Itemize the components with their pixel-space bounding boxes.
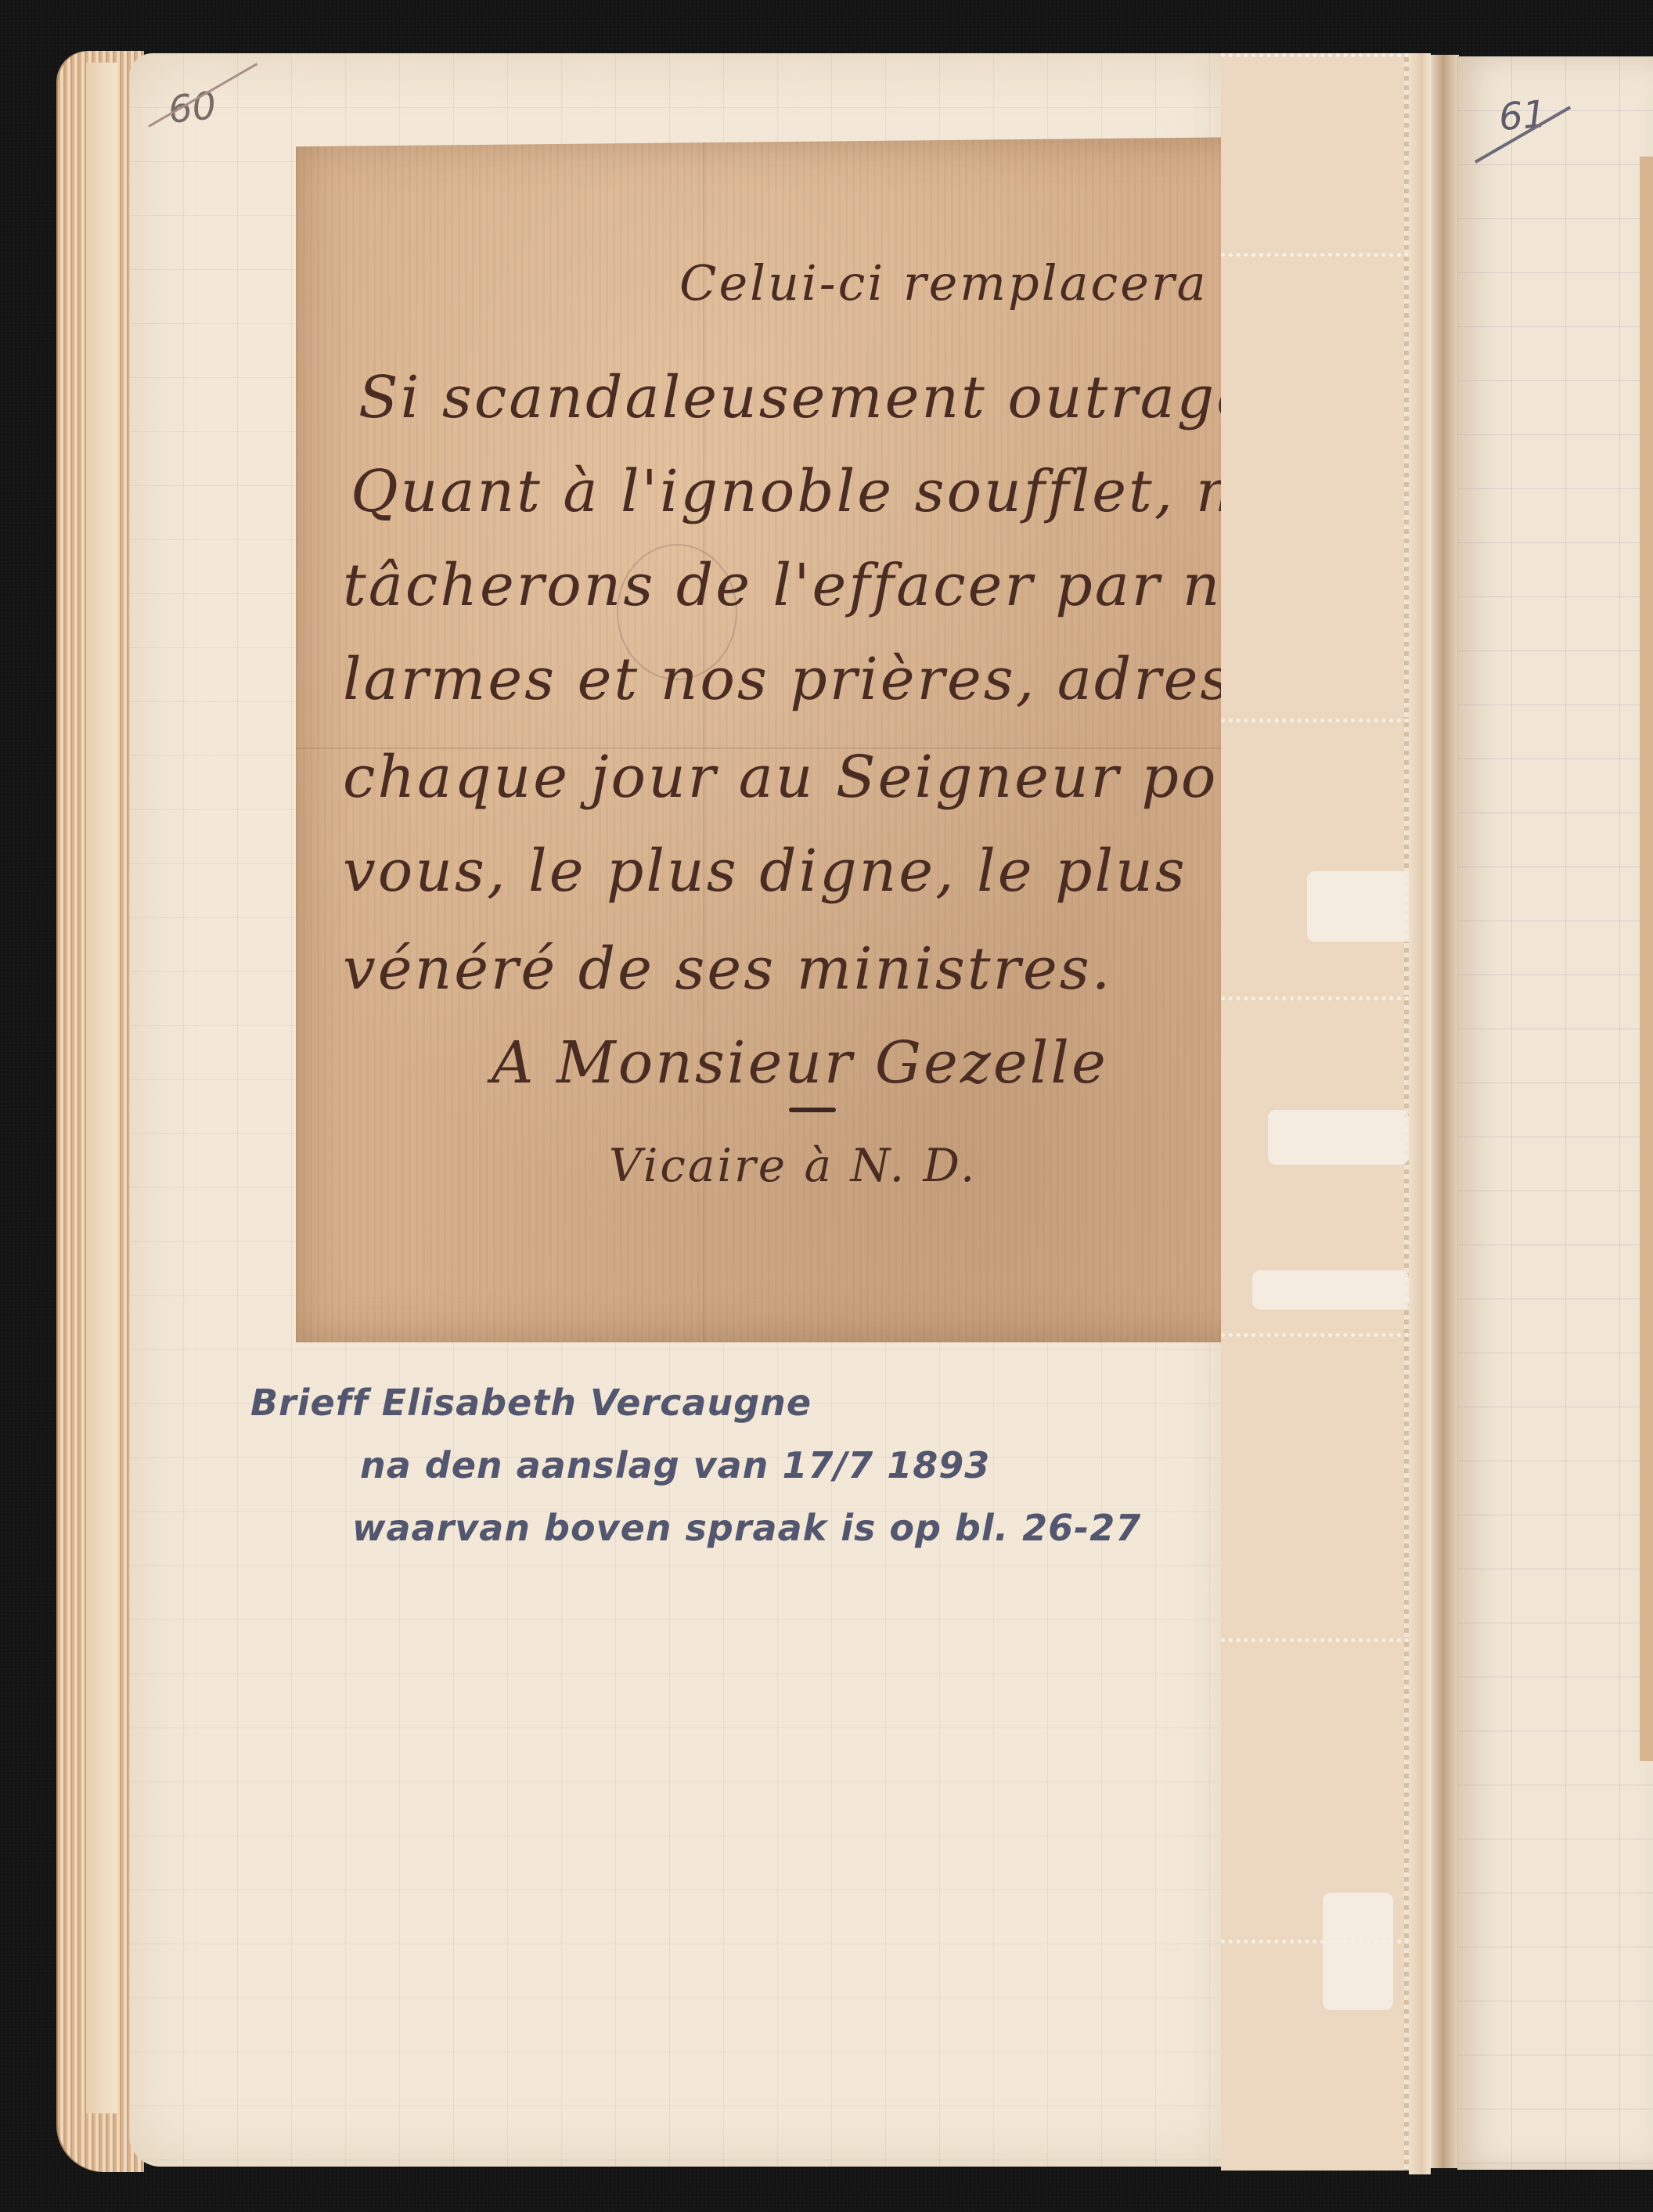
page-block-inner — [86, 63, 117, 2113]
inserted-card-edge — [1640, 157, 1653, 1761]
annotation-line: na den aanslag van 17/7 1893 — [360, 1444, 990, 1486]
paper-residue — [1252, 1270, 1409, 1310]
torn-page-stub — [1409, 53, 1431, 2174]
paper-residue — [1307, 871, 1417, 942]
letter-line: chaque jour au Seigneur pour — [343, 744, 1287, 811]
stamp-sheet — [1221, 53, 1409, 257]
stamp-selvage-strip — [1221, 53, 1409, 2167]
stamp-sheet — [1221, 1333, 1409, 1642]
pasted-letter: Celui-ci remplacera l'autre Si scandaleu… — [296, 137, 1263, 1342]
closing-dash — [789, 1108, 836, 1112]
stamp-sheet — [1221, 253, 1409, 722]
letter-line: vénéré de ses ministres. — [343, 935, 1112, 1003]
letter-line: tâcherons de l'effacer par nos — [343, 552, 1291, 619]
annotation-line: Brieff Elisabeth Vercaugne — [250, 1382, 812, 1424]
letter-recipient-title: Vicaire à N. D. — [609, 1139, 977, 1192]
annotation-line: waarvan boven spraak is op bl. 26-27 — [352, 1507, 1141, 1549]
stamp-sheet — [1221, 719, 1409, 1000]
letter-recipient: A Monsieur Gezelle — [492, 1029, 1108, 1097]
notebook-spread: 60 Celui-ci remplacera l'autre Si scanda… — [0, 0, 1653, 2212]
letter-line: Quant à l'ignoble soufflet, nous — [351, 458, 1345, 525]
letter-line: Si scandaleusement outragé. — [358, 364, 1273, 431]
letter-line: larmes et nos prières, adressées — [343, 646, 1370, 713]
paper-residue — [1268, 1110, 1409, 1165]
right-page — [1457, 56, 1653, 2170]
letter-line: vous, le plus digne, le plus — [343, 838, 1187, 905]
paper-residue — [1323, 1893, 1393, 2010]
spine-gutter — [1431, 55, 1459, 2168]
